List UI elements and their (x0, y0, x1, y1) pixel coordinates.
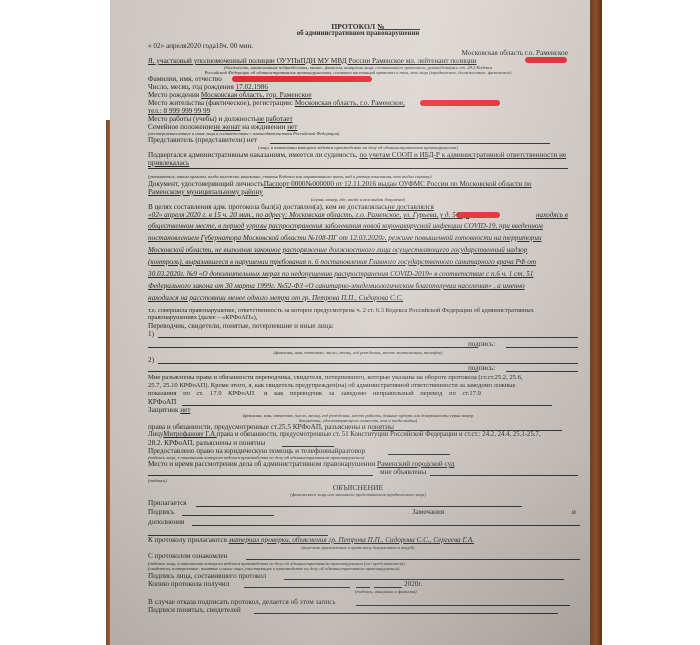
redaction-address (420, 100, 500, 106)
residence-label: Место жительства (фактическое), регистра… (148, 99, 293, 107)
explanation-title: ОБЪЯСНЕНИЕ (148, 484, 568, 492)
work-value: не работает (257, 115, 293, 123)
family-value: не женат (213, 123, 240, 131)
delivery-row: В целях составления адм. протокола был(а… (148, 203, 568, 211)
delivery-value: не доставлялся (388, 203, 434, 211)
table-edge (588, 0, 602, 645)
person-label: Лицу (148, 431, 163, 438)
witnesses-label: Переводчик, свидетели, понятые, потерпев… (148, 322, 568, 330)
signature-line[interactable] (182, 515, 274, 516)
id-doc-value: Паспорт 0000№000000 от 12.11.2016 выдан … (264, 180, 532, 188)
hearing-label: Место и время рассмотрения дела об админ… (148, 460, 375, 468)
place: Московская область г.о. Раменское (148, 49, 568, 57)
hearing-row: Место и время рассмотрения дела об админ… (148, 460, 568, 468)
phone: тел.: 8 999 999 99 99 (148, 107, 568, 115)
hearing-line[interactable] (148, 475, 373, 476)
rights-text-3: показания по ст. 17.9 КРФоАП и как перев… (148, 390, 568, 398)
rights-text-1: Мне разъяснены права и обязанности перев… (148, 374, 568, 382)
history-value: по учетам СООП и ИБД-Р к административно… (359, 151, 566, 159)
constitution-2: 28.2. КРФоАП, разъяснены и понятны (148, 439, 568, 447)
offense-line-5: (контроль), выразившееся в нарушении тре… (148, 258, 568, 266)
redaction-name (232, 76, 372, 82)
history-row: Подвергался административным наказаниям,… (148, 151, 568, 159)
offense-line-2: общественном месте, в период угрозы расп… (148, 222, 568, 230)
offense-line-7: Федерального закона от 30 марта 1999г. №… (148, 282, 568, 290)
witness-1-line[interactable] (158, 337, 578, 338)
history-value-2: привлекалась (148, 159, 568, 167)
acquainted-hint-2: (свидетели, потерпевшие, понятые и иные … (148, 566, 568, 571)
history-hint: (указывается, каким органом, когда налож… (148, 174, 568, 179)
witness-2-line-2[interactable] (148, 371, 478, 372)
history-line (148, 168, 568, 169)
copy-year: 2020г. (404, 580, 568, 588)
birthplace-row: Место рождения Московская область, гор. … (148, 91, 568, 99)
dob-label: Число, месяц, год рождения (148, 83, 234, 91)
witness-1-signature-line[interactable] (506, 347, 578, 348)
id-doc-row: Документ, удостоверяющий личностьПаспорт… (148, 180, 568, 188)
work-label: Место работы (учебы) и должность (148, 115, 257, 123)
officer-line: Я, участковый уполномоченный полиции ОУУ… (148, 57, 568, 65)
offense-line-3: постановлением Губернатора Московской об… (148, 234, 568, 242)
constitution-row: ЛицуМитрофанову Г.А.права и обязанности,… (148, 431, 568, 439)
protocol-document: ПРОТОКОЛ № об административном правонару… (110, 0, 590, 645)
announced-line[interactable] (430, 475, 578, 476)
dob-value: 17.02.1986 (236, 83, 268, 91)
attached-line[interactable] (196, 506, 522, 507)
article-line-2: правонарушениях (далее – «КРФоАП»), (148, 314, 568, 322)
witness-sign-line[interactable] (254, 613, 558, 614)
offense-line-4: Московской области, не выполнив законное… (148, 246, 568, 254)
rep-label: Представитель (представители) (148, 136, 245, 144)
constitution-text: права и обязанности, предусмотренные ст.… (217, 431, 541, 438)
residence-row: Место жительства (фактическое), регистра… (148, 99, 568, 107)
dob-row: Число, месяц, год рождения 17.02.1986 (148, 83, 568, 91)
legal-help: Предоставлено право на юридическую помощ… (148, 447, 568, 455)
delivery-label: В целях составления адм. протокола был(а… (148, 203, 388, 211)
dependents-value: нет (287, 123, 297, 131)
copy-month-line[interactable] (374, 587, 402, 588)
residence-value: Московская область, г.о. Раменское, (295, 99, 405, 107)
copy-hint: (подпись, инициалы и фамилия) (355, 589, 568, 594)
rep-value: нет (247, 136, 257, 144)
copy-received-line[interactable] (244, 587, 350, 588)
work-row: Место работы (учебы) и должностьне работ… (148, 115, 568, 123)
hearing-value: Раменский городской суд (377, 460, 454, 468)
witness-2-signature-line[interactable] (506, 371, 578, 372)
redaction-officer (525, 57, 567, 63)
birthplace-label: Место рождения (148, 91, 199, 99)
offense-line-1b: находясь в (148, 211, 568, 219)
copy-day-line[interactable] (356, 587, 370, 588)
id-doc-hint: (серия, номер, где, когда и кем выдан до… (148, 197, 568, 202)
offense-line-6: 30.03.2020г. №9 «О дополнительных мерах … (148, 270, 568, 278)
additions-line[interactable] (192, 525, 580, 526)
rep-hint: (лицо, в отношении которого ведется прои… (148, 145, 568, 150)
attachments-label: К протоколу прилагаются (148, 536, 227, 544)
id-doc-value-2: Раменскому муниципальному району (148, 188, 568, 196)
attachments-hint: (перечень прилагаемых к протоколу докуме… (148, 545, 568, 550)
person-name: Митрофанову Г.А. (163, 431, 217, 438)
document-subtitle: об административном правонарушении (148, 30, 568, 38)
dependents-label: на иждивении (242, 123, 285, 131)
explanation-hint: (физического лица или законного представ… (148, 492, 568, 497)
birthplace-value: Московская область, гор. Раменское (201, 91, 312, 99)
family-row: Семейное положениене женат на иждивении … (148, 123, 568, 131)
witness-1-line-2[interactable] (148, 347, 478, 348)
history-label: Подвергался административным наказаниям,… (148, 151, 358, 159)
witness-hint: (фамилия, имя, отчество, число, месяц, г… (148, 350, 568, 355)
attachments-row: К протоколу прилагаются материал проверк… (148, 536, 568, 544)
id-doc-label: Документ, удостоверяющий личность (148, 180, 264, 188)
rep-line (270, 143, 550, 144)
remarks-label: Замечания (412, 508, 568, 516)
acquainted-line[interactable] (246, 559, 580, 560)
rights-text-2: 25.7, 25.10 КРФоАП). Кроме этого, я, как… (148, 382, 568, 390)
offense-line-8: находился на расстоянии менее одного мет… (148, 294, 568, 302)
attachments-value: материал проверки, объяснения гр. Петров… (229, 536, 474, 544)
family-label: Семейное положение (148, 123, 213, 131)
